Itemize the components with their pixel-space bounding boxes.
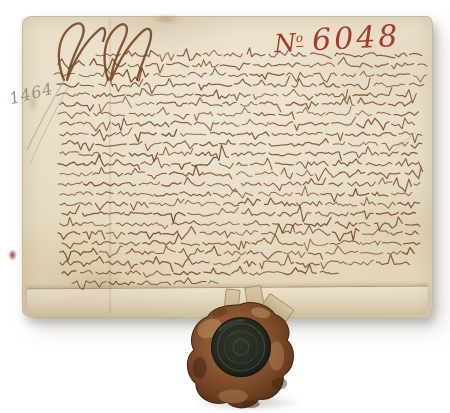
seal-matrix	[212, 318, 271, 377]
red-stain	[8, 249, 17, 261]
archive-number-prefix: No	[273, 28, 304, 58]
archive-number-digits: 6048	[311, 19, 401, 59]
wax-seal	[182, 299, 300, 413]
archive-number: No6048	[273, 19, 401, 61]
archive-number-superscript: o	[295, 30, 303, 46]
stain-top-edge	[151, 14, 181, 24]
parchment-document	[22, 16, 433, 318]
photo-frame: No6048 1464	[0, 0, 450, 413]
